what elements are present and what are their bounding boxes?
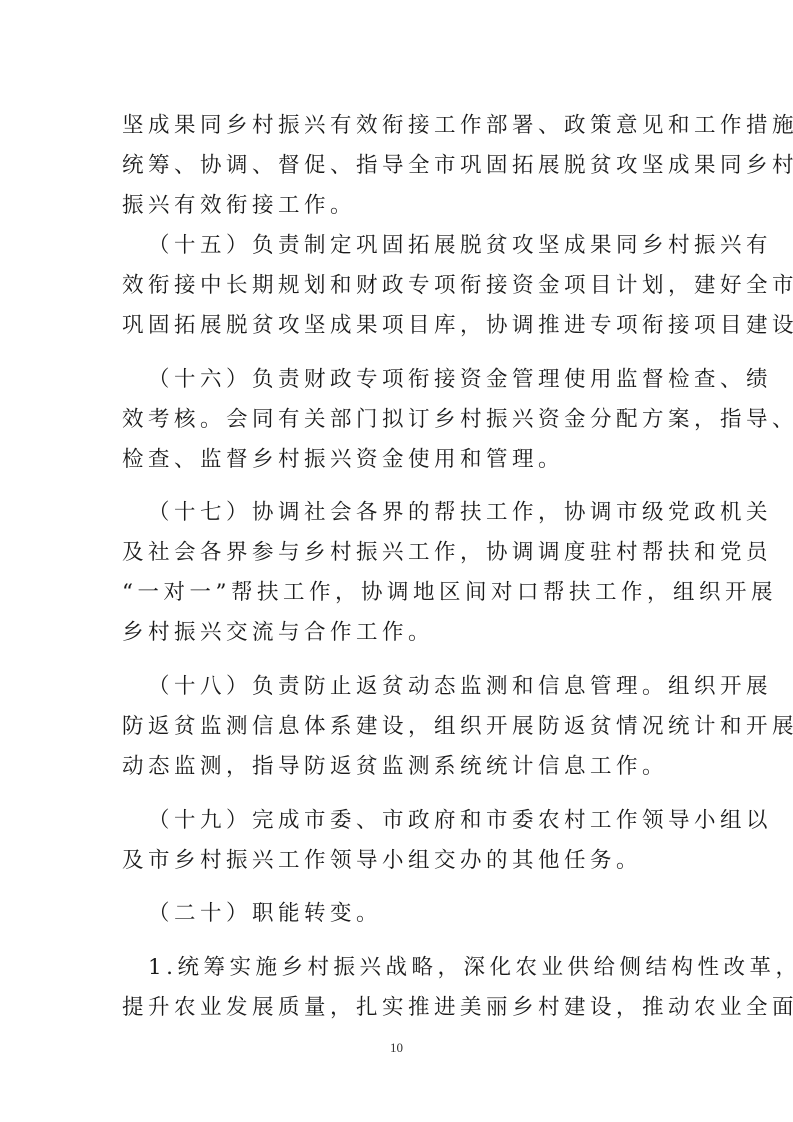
text-line: （十八）负责防止返贫动态监测和信息管理。组织开展 [148,672,708,702]
text-line: 坚成果同乡村振兴有效衔接工作部署、政策意见和工作措施； [122,111,682,141]
text-line: 效考核。会同有关部门拟订乡村振兴资金分配方案，指导、 [122,405,682,435]
text-line: 1.统筹实施乡村振兴战略，深化农业供给侧结构性改革， [148,953,708,983]
text-line: 检查、监督乡村振兴资金使用和管理。 [122,445,682,475]
text-line: 防返贫监测信息体系建设，组织开展防返贫情况统计和开展 [122,712,682,742]
text-line: 动态监测，指导防返贫监测系统统计信息工作。 [122,752,682,782]
text-line: （十五）负责制定巩固拓展脱贫攻坚成果同乡村振兴有 [148,231,708,261]
text-line: （十九）完成市委、市政府和市委农村工作领导小组以 [148,806,708,836]
text-line: （十六）负责财政专项衔接资金管理使用监督检查、绩 [148,365,708,395]
text-line: （十七）协调社会各界的帮扶工作，协调市级党政机关 [148,498,708,528]
document-page: 坚成果同乡村振兴有效衔接工作部署、政策意见和工作措施； 统筹、协调、督促、指导全… [0,0,793,1122]
text-line: 及社会各界参与乡村振兴工作，协调调度驻村帮扶和党员 [122,538,682,568]
text-line: 乡村振兴交流与合作工作。 [122,618,682,648]
text-line: 巩固拓展脱贫攻坚成果项目库，协调推进专项衔接项目建设。 [122,311,682,341]
text-line: 提升农业发展质量，扎实推进美丽乡村建设，推动农业全面 [122,993,682,1023]
text-line: 统筹、协调、督促、指导全市巩固拓展脱贫攻坚成果同乡村 [122,151,682,181]
page-number: 10 [0,1040,793,1056]
text-line: “一对一”帮扶工作，协调地区间对口帮扶工作，组织开展 [122,578,682,608]
text-line: （二十）职能转变。 [148,899,708,929]
text-line: 及市乡村振兴工作领导小组交办的其他任务。 [122,846,682,876]
text-line: 振兴有效衔接工作。 [122,191,682,221]
text-line: 效衔接中长期规划和财政专项衔接资金项目计划，建好全市 [122,271,682,301]
